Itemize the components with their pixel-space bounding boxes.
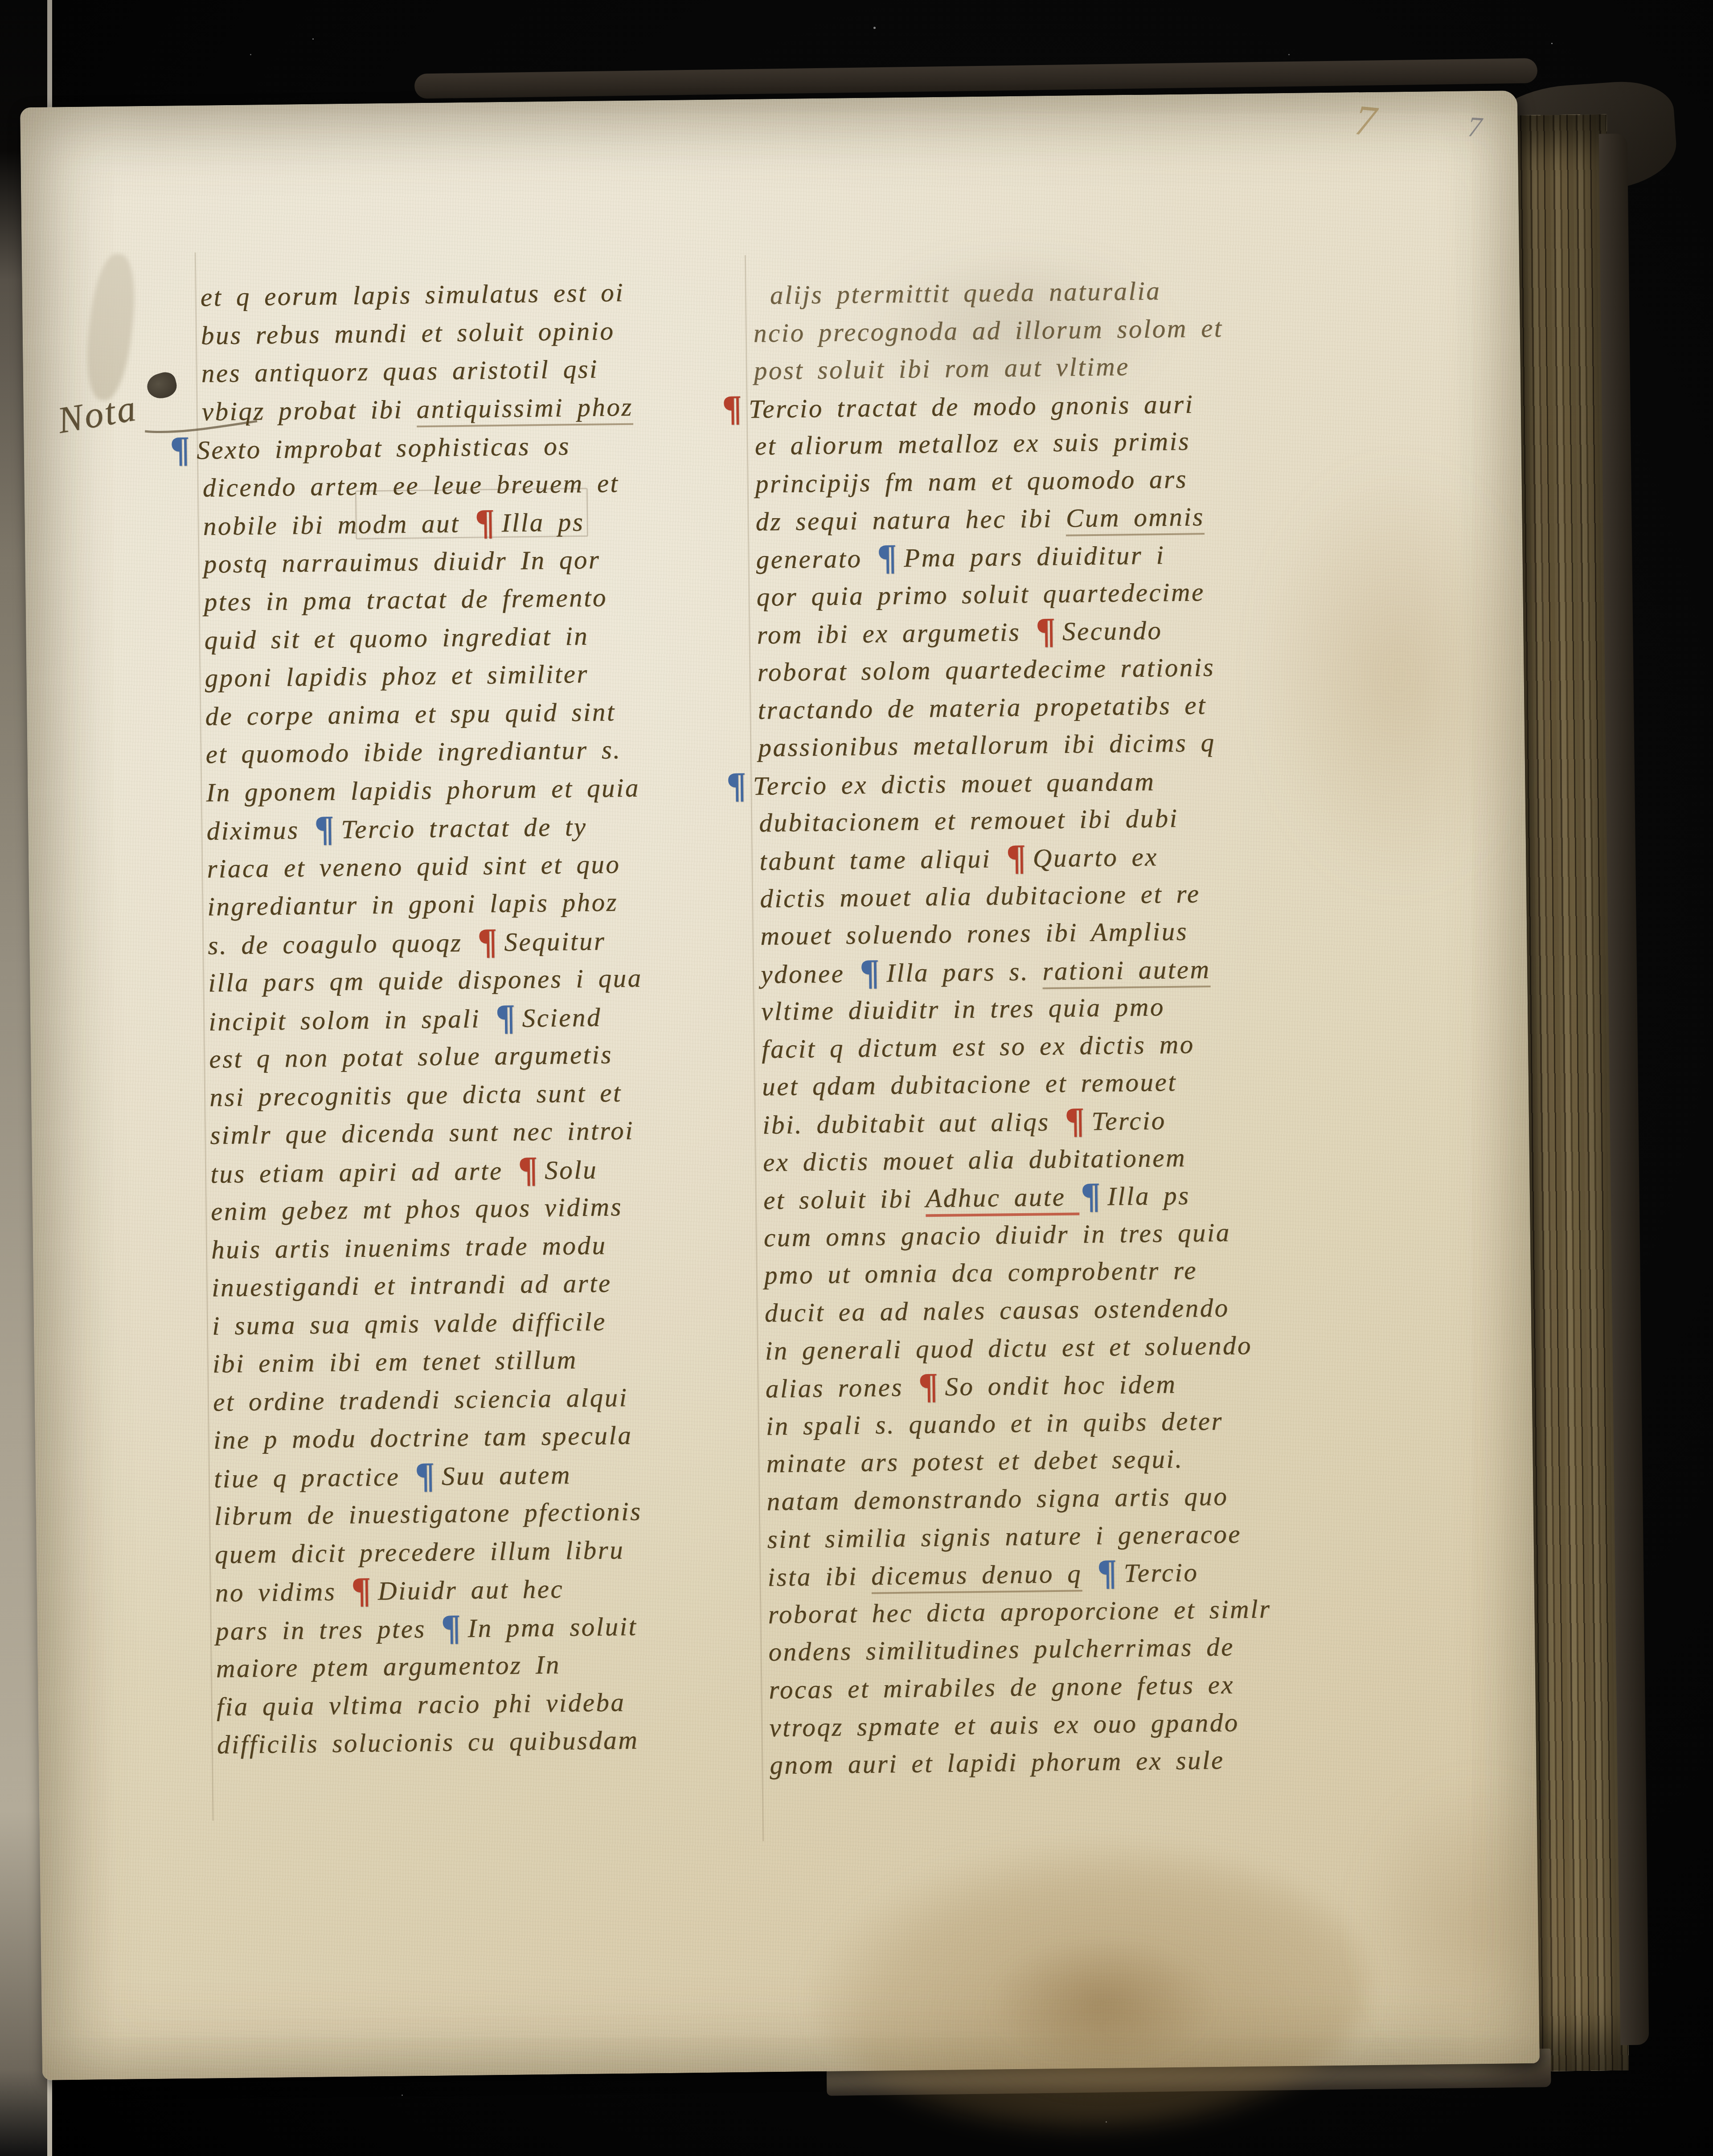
text-segment: Sciend [522, 1002, 602, 1032]
text-segment: i suma sua qmis valde difficile [212, 1306, 607, 1340]
text-segment: rom ibi ex argumetis [757, 617, 1034, 650]
text-line: de corpe anima et spu quid sint [205, 692, 639, 736]
text-segment: Illa ps [1107, 1181, 1190, 1211]
text-line: et ordine tradendi sciencia alqui [213, 1378, 647, 1421]
text-segment: Quarto ex [1033, 842, 1158, 872]
text-segment: nobile ibi modm aut [203, 508, 473, 541]
text-segment: nes antiquorz quas aristotil qsi [201, 354, 598, 388]
text-segment: roborat solom quartedecime rationis [757, 652, 1215, 687]
text-line: ydonee ¶Illa pars s. rationi autem [761, 949, 1264, 992]
text-segment: Tercio tractat de modo gnonis auri [749, 389, 1194, 423]
text-line: ondens similitudines pulcherrimas de [768, 1628, 1272, 1671]
text-segment: pmo ut omnia dca comprobentr re [764, 1256, 1197, 1290]
text-line: nes antiquorz quas aristotil qsi [201, 350, 635, 393]
text-segment: quem dicit precedere illum libru [214, 1535, 624, 1569]
text-line: diximus ¶Tercio tractat de ty [206, 807, 641, 850]
text-segment: dz sequi natura hec ibi [755, 503, 1066, 536]
capitulum-mark: ¶ [726, 764, 748, 805]
text-line: huis artis inuenims trade modu [211, 1226, 646, 1269]
text-segment: Pma pars diuiditur i [904, 540, 1165, 573]
text-line: natam demonstrando signa artis quo [766, 1477, 1270, 1520]
text-segment: principijs fm nam et quomodo ars [755, 464, 1188, 499]
text-line: minate ars potest et debet sequi. [766, 1439, 1270, 1482]
text-segment: cum omns gnacio diuidr in tres quia [763, 1217, 1230, 1252]
text-segment: Tercio ex dictis mouet quandam [753, 766, 1155, 800]
text-line: rocas et mirabiles de gnone fetus ex [769, 1665, 1272, 1709]
capitulum-mark: ¶ [860, 951, 881, 992]
capitulum-mark: ¶ [518, 1149, 539, 1190]
text-segment: inuestigandi et intrandi ad arte [212, 1268, 612, 1302]
text-segment: illa pars qm quide dispones i qua [208, 963, 643, 997]
text-line: in generali quod dictu est et soluendo [765, 1326, 1268, 1369]
text-line: librum de inuestigatone pfectionis [214, 1492, 648, 1535]
text-line: sint similia signis nature i generacoe [767, 1514, 1270, 1558]
text-line: simlr que dicenda sunt nec introi [210, 1111, 644, 1154]
text-line: pars in tres ptes ¶In pma soluit [215, 1607, 650, 1650]
text-segment: qor quia primo soluit quartedecime [756, 577, 1205, 611]
text-segment: ibi enim ibi em tenet stillum [213, 1345, 578, 1378]
text-line: quid sit et quomo ingrediat in [204, 616, 639, 659]
text-line: est q non potat solue argumetis [209, 1035, 643, 1078]
capitulum-mark: ¶ [918, 1365, 939, 1406]
folio-number-secondary: 7 [1467, 110, 1483, 144]
text-line: ibi enim ibi em tenet stillum [213, 1340, 647, 1383]
text-segment: tiue q practice [214, 1461, 414, 1493]
text-line: et quomodo ibide ingrediantur s. [205, 731, 640, 774]
text-line: pmo ut omnia dca comprobentr re [764, 1251, 1267, 1294]
text-line: passionibus metallorum ibi dicims q [758, 723, 1262, 766]
text-segment: post soluit ibi rom aut vltime [754, 352, 1130, 385]
text-line: quem dicit precedere illum libru [214, 1530, 649, 1574]
text-line: illa pars qm quide dispones i qua [208, 959, 643, 1002]
text-segment: pars in tres ptes [215, 1613, 439, 1645]
text-segment: ydonee [761, 958, 858, 989]
text-segment: ista ibi [767, 1561, 871, 1592]
text-line: rom ibi ex argumetis ¶Secundo [757, 610, 1260, 653]
text-line: gponi lapidis phoz et similiter [205, 655, 639, 698]
text-segment: gponi lapidis phoz et similiter [205, 659, 589, 693]
text-line: et soluit ibi Adhuc aute ¶Illa ps [763, 1175, 1266, 1219]
text-segment: nsi precognitis que dicta sunt et [209, 1078, 622, 1112]
text-segment: vtroqz spmate et auis ex ouo gpando [769, 1707, 1239, 1742]
text-segment: alias rones [765, 1372, 917, 1403]
text-segment: gnom auri et lapidi phorum ex sule [770, 1745, 1225, 1780]
text-column-left: et q eorum lapis simulatus est oibus reb… [200, 274, 651, 1764]
capitulum-mark: ¶ [477, 920, 499, 961]
text-line: incipit solom in spali ¶Sciend [209, 997, 643, 1040]
text-segment: incipit solom in spali [209, 1003, 494, 1036]
text-segment: dicemus denuo q [871, 1559, 1082, 1594]
margin-note-nota: Nota [54, 386, 140, 442]
text-segment: riaca et veneno quid sint et quo [207, 849, 621, 884]
text-segment: ptes in pma tractat de fremento [204, 582, 607, 616]
manuscript-photo: 7 7 Nota et q eorum lapis simulatus est … [0, 0, 1713, 2156]
text-segment: dubitacionem et remouet ibi dubi [759, 803, 1179, 838]
capitulum-mark: ¶ [351, 1569, 373, 1610]
text-segment: In gponem lapidis phorum et quia [206, 773, 640, 807]
text-segment: Diuidr aut hec [377, 1574, 564, 1606]
text-segment: antiquissimi phoz [416, 392, 633, 427]
text-line: principijs fm nam et quomodo ars [755, 459, 1258, 503]
text-line: ¶Tercio tractat de modo gnonis auri [754, 384, 1258, 427]
text-segment: Illa ps [501, 507, 584, 537]
text-segment: generato [756, 544, 876, 574]
text-segment [1082, 1559, 1096, 1588]
text-segment: et q eorum lapis simulatus est oi [200, 278, 624, 312]
text-segment: uet qdam dubitacione et remouet [762, 1067, 1177, 1101]
text-segment: sint similia signis nature i generacoe [767, 1519, 1242, 1554]
text-segment: dictis mouet alia dubitacione et re [760, 879, 1201, 913]
capitulum-mark: ¶ [722, 388, 743, 429]
text-line: et q eorum lapis simulatus est oi [200, 274, 635, 317]
text-line: alijs ptermittit queda naturalia [753, 271, 1256, 314]
text-line: dictis mouet alia dubitacione et re [760, 874, 1263, 917]
text-line: inuestigandi et intrandi ad arte [212, 1264, 646, 1307]
text-segment: s. de coagulo quoqz [208, 927, 476, 960]
text-segment: mouet soluendo rones ibi Amplius [760, 916, 1188, 951]
text-segment: ingrediantur in gponi lapis phoz [207, 887, 618, 921]
capitulum-mark: ¶ [1081, 1175, 1102, 1216]
text-segment: ondens similitudines pulcherrimas de [768, 1632, 1234, 1667]
text-line: roborat hec dicta aproporcione et simlr [768, 1590, 1271, 1633]
ink-blot [144, 370, 179, 401]
text-segment: in generali quod dictu est et soluendo [765, 1330, 1252, 1365]
text-line: ¶Sexto improbat sophisticas os [202, 426, 636, 469]
text-segment: et aliorum metalloz ex suis primis [754, 426, 1190, 461]
text-segment: et ordine tradendi sciencia alqui [213, 1382, 628, 1416]
gutter-damage [82, 252, 140, 403]
text-segment: postq narrauimus diuidr In qor [203, 544, 600, 578]
text-line: vltime diuiditr in tres quia pmo [761, 987, 1265, 1030]
text-segment: tractando de materia propetatibs et [758, 690, 1207, 724]
text-segment: Solu [545, 1154, 598, 1184]
text-segment: Tercio tractat de ty [341, 812, 587, 844]
text-line: difficilis solucionis cu quibusdam [217, 1721, 651, 1764]
text-line: uet qdam dubitacione et remouet [762, 1062, 1266, 1105]
text-line: enim gebez mt phos quos vidims [211, 1187, 645, 1231]
text-line: ptes in pma tractat de fremento [204, 578, 638, 622]
text-line: gnom auri et lapidi phorum ex sule [770, 1741, 1273, 1784]
text-line: cum omns gnacio diuidr in tres quia [763, 1213, 1267, 1256]
text-segment: enim gebez mt phos quos vidims [211, 1192, 623, 1226]
text-segment: ibi. dubitabit aut aliqs [762, 1107, 1063, 1140]
text-line: no vidims ¶Diuidr aut hec [215, 1568, 649, 1612]
text-segment: rocas et mirabiles de gnone fetus ex [769, 1669, 1234, 1704]
text-line: s. de coagulo quoqz ¶Sequitur [208, 921, 642, 964]
text-line: tus etiam apiri ad arte ¶Solu [210, 1150, 645, 1193]
text-line: ducit ea ad nales causas ostendendo [764, 1289, 1268, 1332]
text-line: generato ¶Pma pars diuiditur i [756, 535, 1259, 578]
text-segment: quid sit et quomo ingrediat in [204, 621, 589, 655]
text-segment: simlr que dicenda sunt nec introi [210, 1116, 634, 1150]
text-segment: Cum omnis [1066, 502, 1204, 536]
text-segment: Tercio [1123, 1558, 1198, 1588]
text-segment: et soluit ibi [763, 1184, 926, 1215]
text-line: dubitacionem et remouet ibi dubi [759, 798, 1262, 842]
text-line: et aliorum metalloz ex suis primis [754, 421, 1258, 465]
text-segment: librum de inuestigatone pfectionis [214, 1497, 642, 1531]
capitulum-mark: ¶ [877, 536, 898, 577]
text-line: tabunt tame aliqui ¶Quarto ex [759, 836, 1263, 880]
capitulum-mark: ¶ [496, 996, 517, 1037]
capitulum-mark: ¶ [1065, 1100, 1086, 1141]
text-segment: natam demonstrando signa artis quo [766, 1481, 1228, 1516]
capitulum-mark: ¶ [1097, 1552, 1119, 1593]
text-line: ncio precognoda ad illorum solom et [753, 308, 1257, 352]
text-segment: fia quia vltima racio phi videba [216, 1687, 625, 1721]
text-segment: facit q dictum est so ex dictis mo [762, 1029, 1195, 1064]
text-segment: difficilis solucionis cu quibusdam [217, 1725, 639, 1759]
text-segment: maiore ptem argumentoz In [216, 1650, 561, 1683]
text-segment: tabunt tame aliqui [759, 843, 1005, 875]
folio-number: 7 [1352, 95, 1378, 146]
text-line: bus rebus mundi et soluit opinio [201, 311, 635, 355]
text-segment: vbiqz probat ibi [201, 394, 416, 426]
text-line: ibi. dubitabit aut aliqs ¶Tercio [762, 1100, 1266, 1143]
text-line: alias rones ¶So ondit hoc idem [765, 1364, 1269, 1407]
text-line: tractando de materia propetatibs et [758, 685, 1261, 728]
capitulum-mark: ¶ [1036, 610, 1057, 651]
text-segment: In pma soluit [467, 1611, 638, 1642]
text-segment: ncio precognoda ad illorum solom et [753, 313, 1223, 348]
stain-right [1254, 460, 1544, 891]
text-line: tiue q practice ¶Suu autem [213, 1454, 648, 1497]
text-segment: vltime diuiditr in tres quia pmo [761, 992, 1165, 1026]
text-segment: in spali s. quando et in quibs deter [766, 1406, 1223, 1441]
text-segment: Secundo [1062, 616, 1162, 646]
text-line: facit q dictum est so ex dictis mo [762, 1025, 1265, 1068]
text-line: dz sequi natura hec ibi Cum omnis [755, 497, 1259, 540]
text-segment: dicendo artem ee leue breuem et [202, 468, 619, 503]
text-line: ista ibi dicemus denuo q ¶Tercio [767, 1552, 1271, 1596]
text-line: fia quia vltima racio phi videba [216, 1683, 651, 1726]
capitulum-mark: ¶ [170, 429, 191, 470]
text-segment: alijs ptermittit queda naturalia [770, 276, 1161, 310]
text-line: roborat solom quartedecime rationis [757, 648, 1261, 691]
text-line: in spali s. quando et in quibs deter [766, 1401, 1269, 1444]
text-segment: Illa pars s. [886, 956, 1043, 987]
stain-bottom-core [986, 1934, 1219, 2070]
text-line: nobile ibi modm aut ¶Illa ps [203, 502, 637, 545]
text-segment: ex dictis mouet alia dubitationem [763, 1142, 1187, 1177]
text-segment: de corpe anima et spu quid sint [205, 697, 616, 731]
text-line: qor quia primo soluit quartedecime [756, 572, 1260, 615]
text-segment: Sexto improbat sophisticas os [197, 431, 570, 465]
text-segment: est q non potat solue argumetis [209, 1039, 613, 1073]
text-line: post soluit ibi rom aut vltime [754, 346, 1257, 389]
text-segment: roborat hec dicta aproporcione et simlr [768, 1594, 1271, 1629]
text-line: riaca et veneno quid sint et quo [207, 845, 641, 888]
text-line: dicendo artem ee leue breuem et [202, 464, 637, 507]
text-segment: passionibus metallorum ibi dicims q [758, 728, 1216, 762]
text-segment: Adhuc aute [926, 1182, 1079, 1217]
capitulum-mark: ¶ [475, 501, 496, 542]
text-line: ex dictis mouet alia dubitationem [762, 1137, 1266, 1181]
capitulum-mark: ¶ [314, 808, 336, 849]
text-segment: tus etiam apiri ad arte [210, 1155, 516, 1188]
text-segment: ine p modu doctrine tam specula [213, 1420, 633, 1455]
capitulum-mark: ¶ [441, 1607, 462, 1648]
capitulum-mark: ¶ [415, 1454, 436, 1495]
text-segment: Suu autem [442, 1460, 572, 1490]
text-column-right: alijs ptermittit queda naturaliancio pre… [753, 271, 1273, 1784]
text-segment: et quomodo ibide ingrediantur s. [205, 735, 622, 769]
text-segment: Tercio [1091, 1105, 1166, 1136]
text-line: postq narrauimus diuidr In qor [203, 540, 638, 583]
text-line: ingrediantur in gponi lapis phoz [207, 883, 642, 926]
text-segment: So ondit hoc idem [945, 1369, 1177, 1401]
text-line: mouet soluendo rones ibi Amplius [760, 912, 1264, 955]
text-line: ine p modu doctrine tam specula [213, 1416, 647, 1459]
text-line: vbiqz probat ibi antiquissimi phoz [201, 388, 636, 431]
manuscript-page: 7 7 Nota et q eorum lapis simulatus est … [20, 90, 1540, 2080]
text-segment: minate ars potest et debet sequi. [766, 1444, 1184, 1478]
capitulum-mark: ¶ [1006, 837, 1028, 878]
text-segment: huis artis inuenims trade modu [211, 1230, 607, 1264]
text-segment: rationi autem [1042, 954, 1211, 989]
text-segment: Sequitur [504, 926, 606, 957]
text-line: i suma sua qmis valde difficile [212, 1302, 647, 1345]
text-line: nsi precognitis que dicta sunt et [209, 1073, 644, 1117]
text-segment: bus rebus mundi et soluit opinio [201, 316, 615, 350]
text-line: vtroqz spmate et auis ex ouo gpando [769, 1703, 1273, 1746]
text-line: maiore ptem argumentoz In [216, 1645, 650, 1688]
text-segment: no vidims [215, 1576, 349, 1607]
text-segment: diximus [206, 815, 313, 846]
text-line: In gponem lapidis phorum et quia [206, 769, 640, 812]
text-line: ¶Tercio ex dictis mouet quandam [758, 761, 1262, 804]
text-segment: ducit ea ad nales causas ostendendo [764, 1293, 1229, 1328]
